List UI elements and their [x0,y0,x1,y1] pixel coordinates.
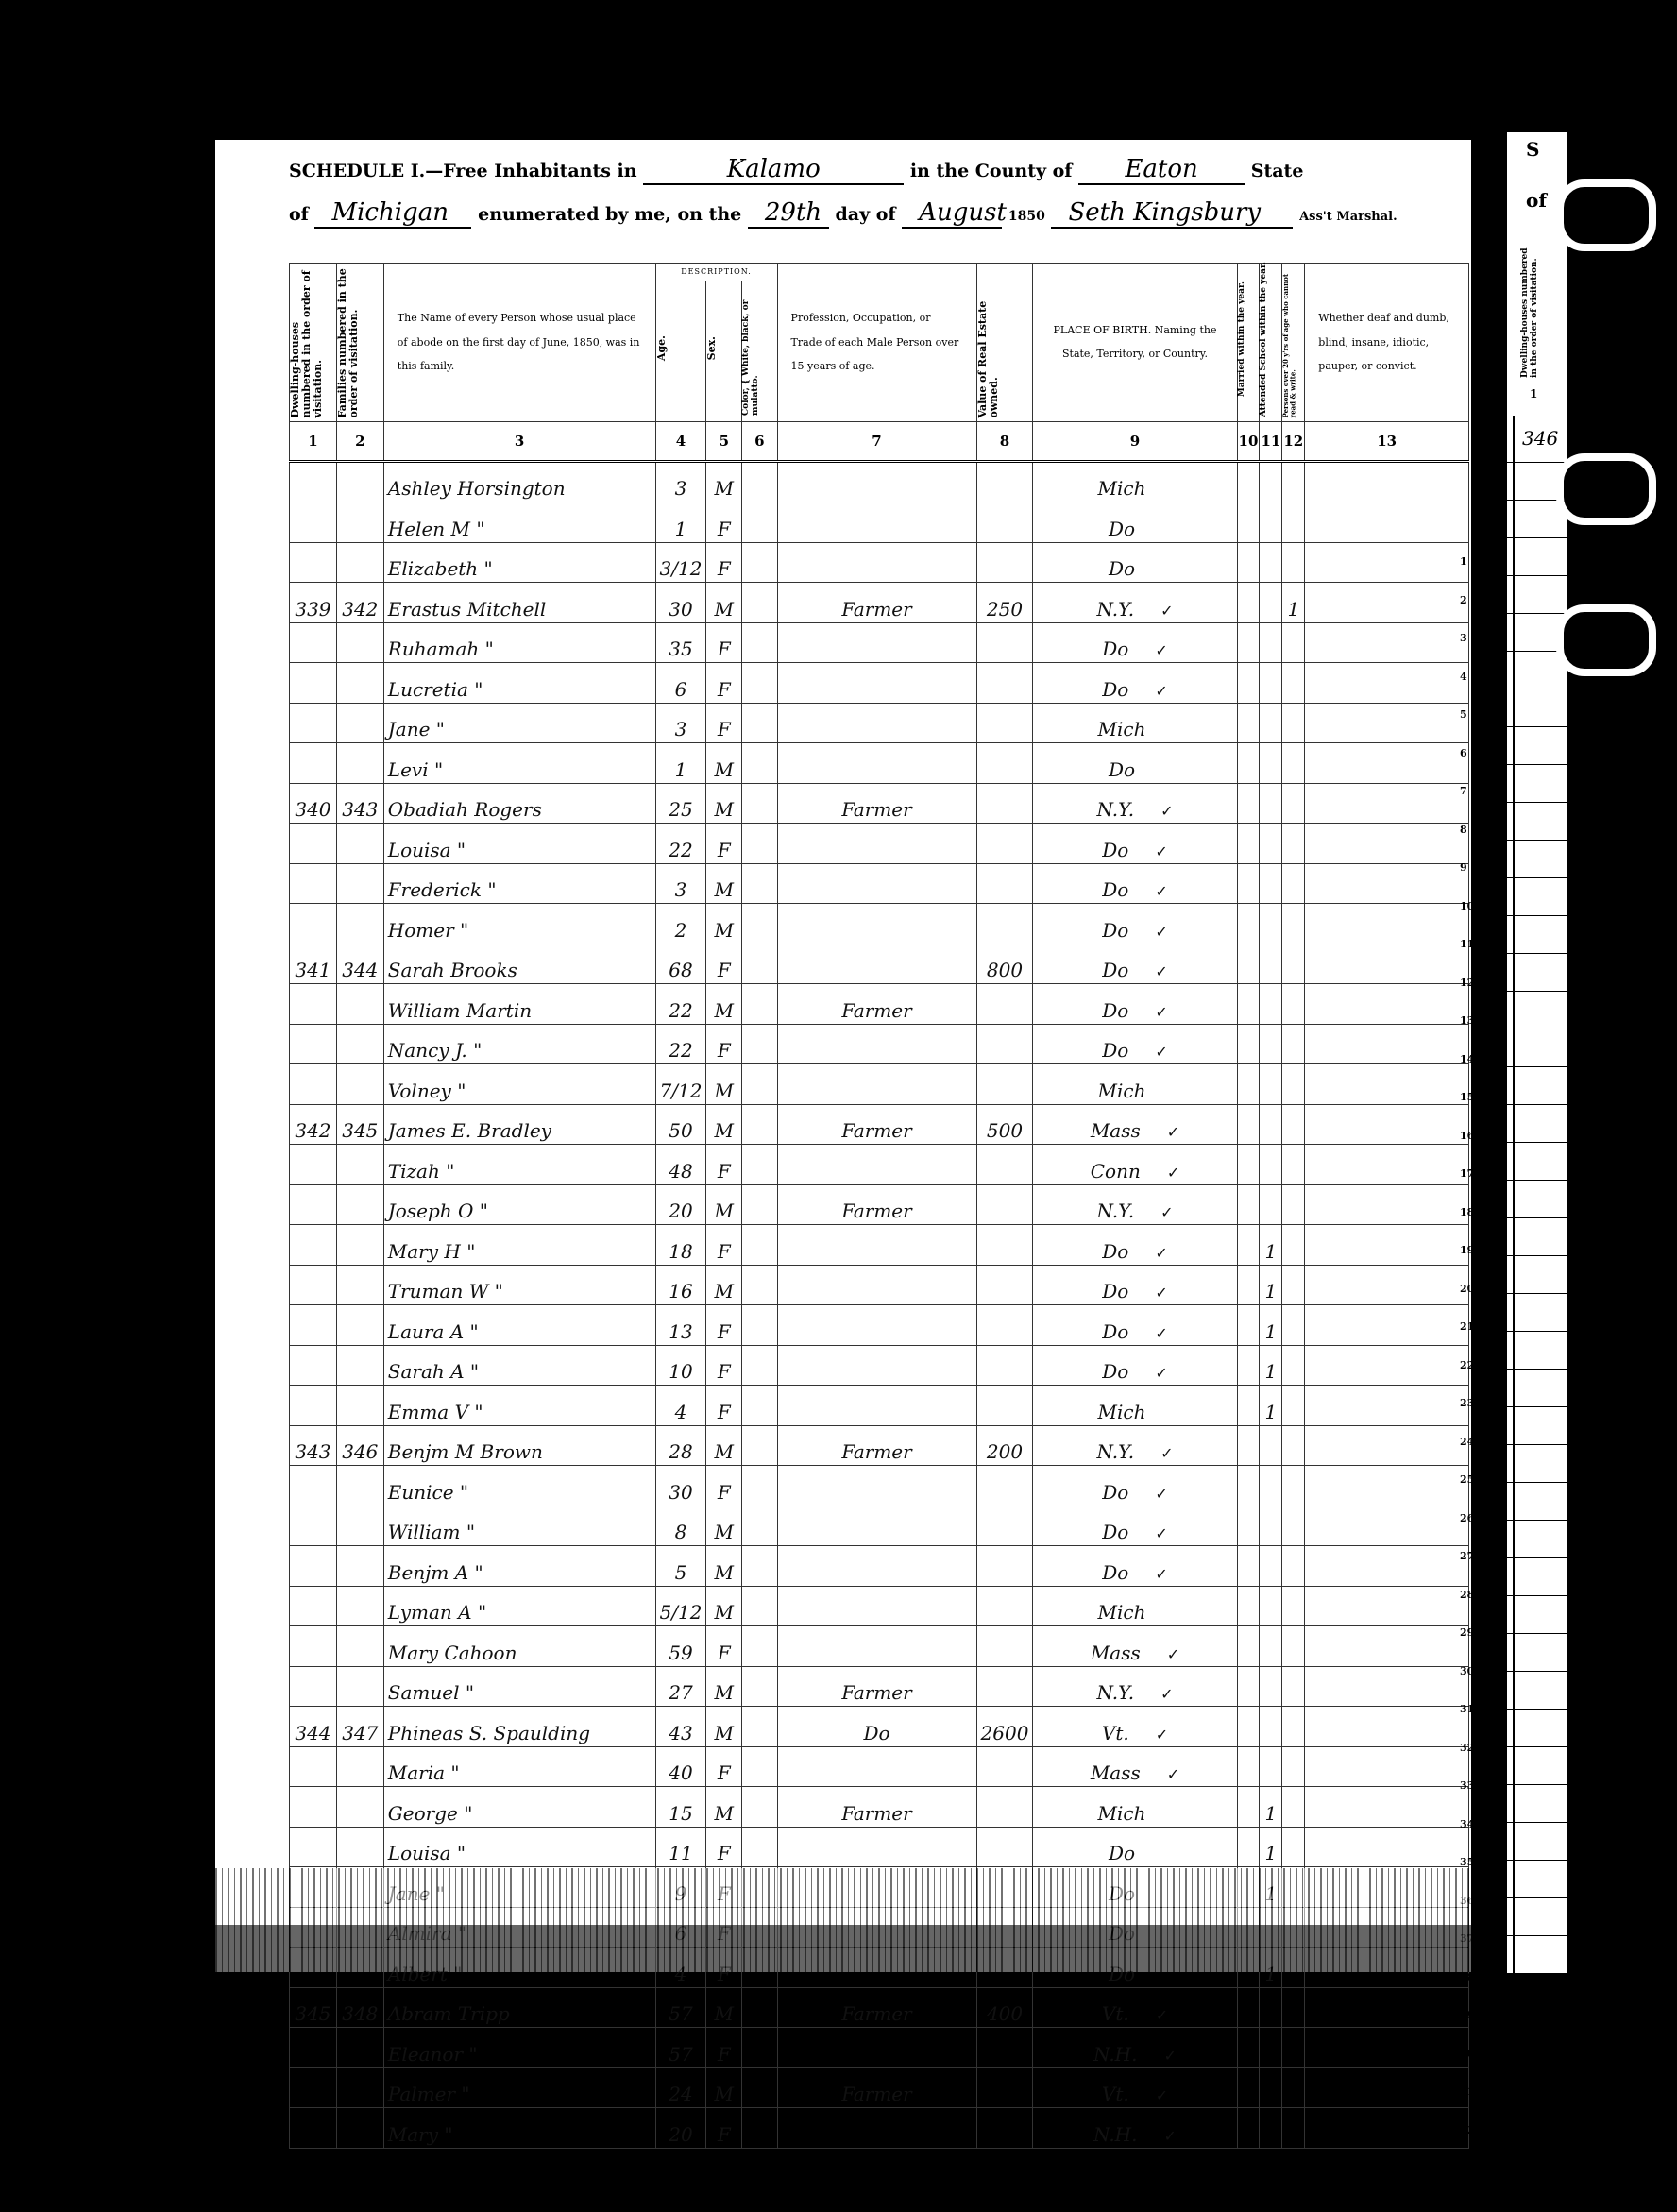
marshal-name-field: Seth Kingsbury [1051,198,1293,229]
tally-check-mark: ✓ [1167,1645,1179,1663]
attended-school-cell [1260,1987,1282,2028]
condition-cell [1305,663,1469,704]
dwelling-number-cell: 343 [290,1425,337,1466]
of-label: of [289,204,309,225]
person-name-cell: Louisa " [383,1827,655,1867]
table-row: Sarah A "10FDo✓1 [290,1345,1469,1386]
age-cell: 1 [655,743,706,784]
attended-school-cell [1260,904,1282,944]
line-number: 26 [193,1512,207,1524]
married-within-year-cell [1237,663,1260,704]
condition-cell [1305,502,1469,543]
attended-school-cell [1260,984,1282,1025]
table-row: Jane "3FMich [290,703,1469,743]
real-estate-value-cell [976,1546,1033,1587]
occupation-cell [777,703,976,743]
dwelling-number-cell [290,984,337,1025]
dwelling-number-cell [290,1546,337,1587]
marshal-title: Ass't Marshal. [1299,210,1397,224]
birthplace-cell: Do✓ [1033,824,1237,864]
attended-school-cell [1260,461,1282,502]
family-number-cell [336,1386,383,1426]
condition-cell [1305,944,1469,984]
person-name-cell: Joseph O " [383,1184,655,1225]
dwelling-number-cell: 342 [290,1104,337,1145]
birthplace-text: Mich [1098,477,1146,500]
condition-cell [1305,1425,1469,1466]
line-number: 2 [193,594,200,606]
real-estate-value-cell [976,1225,1033,1266]
condition-cell [1305,863,1469,904]
married-within-year-cell [1237,783,1260,824]
real-estate-value-cell: 200 [976,1425,1033,1466]
attended-school-cell: 1 [1260,1827,1282,1867]
table-row: Mary "20FN.H.✓ [290,2108,1469,2149]
married-within-year-cell [1237,1305,1260,1346]
sex-cell: M [706,461,742,502]
color-cell [742,904,777,944]
color-cell [742,583,777,623]
married-within-year-cell [1237,703,1260,743]
cannot-read-write-cell [1282,1305,1305,1346]
col-header-4: Age. [655,281,706,422]
sex-cell: M [706,1586,742,1626]
line-number: 3 [1460,632,1467,644]
color-cell [742,461,777,502]
cannot-read-write-cell [1282,1466,1305,1506]
tally-check-mark: ✓ [1167,1164,1179,1182]
table-row: 343346Benjm M Brown28MFarmer200N.Y.✓ [290,1425,1469,1466]
birthplace-text: Do [1109,1842,1135,1864]
facing-col-header: Dwelling-houses numbered in the order of… [1520,246,1539,378]
real-estate-value-cell [976,1386,1033,1426]
attended-school-cell [1260,1064,1282,1105]
color-cell [742,1787,777,1828]
real-estate-value-cell [976,461,1033,502]
married-within-year-cell [1237,1626,1260,1667]
cannot-read-write-cell [1282,703,1305,743]
birthplace-text: Do [1102,1240,1128,1263]
binding-tab [1556,453,1656,525]
header-line-1: SCHEDULE I.—Free Inhabitants in Kalamo i… [289,155,1303,185]
occupation-cell: Farmer [777,1987,976,2028]
birthplace-cell: N.Y.✓ [1033,1425,1237,1466]
line-number: 8 [1460,824,1467,836]
tally-check-mark: ✓ [1160,802,1173,820]
sex-cell: F [706,502,742,543]
real-estate-value-cell [976,622,1033,663]
table-row: Emma V "4FMich1 [290,1386,1469,1426]
real-estate-value-cell [976,663,1033,704]
married-within-year-cell [1237,622,1260,663]
line-number: 36 [193,1895,207,1907]
family-number-cell [336,2028,383,2068]
table-row: Laura A "13FDo✓1 [290,1305,1469,1346]
cannot-read-write-cell [1282,1987,1305,2028]
cannot-read-write-cell [1282,1024,1305,1064]
family-number-cell [336,2067,383,2108]
condition-cell [1305,1586,1469,1626]
occupation-cell [777,1305,976,1346]
tally-check-mark: ✓ [1160,1685,1173,1703]
cannot-read-write-cell [1282,1425,1305,1466]
real-estate-value-cell: 250 [976,583,1033,623]
line-number: 8 [193,824,200,836]
person-name-cell: Lyman A " [383,1586,655,1626]
real-estate-value-cell [976,1345,1033,1386]
line-number: 7 [1460,785,1467,797]
sex-cell: M [706,863,742,904]
real-estate-value-cell [976,1746,1033,1787]
condition-cell [1305,622,1469,663]
attended-school-cell [1260,1626,1282,1667]
sex-cell: F [706,944,742,984]
real-estate-value-cell [976,863,1033,904]
table-row: Eunice "30FDo✓ [290,1466,1469,1506]
township-field: Kalamo [643,155,904,185]
real-estate-value-cell [976,1064,1033,1105]
birthplace-cell: Mich [1033,703,1237,743]
real-estate-value-cell: 800 [976,944,1033,984]
cannot-read-write-cell [1282,1506,1305,1546]
color-cell [742,1827,777,1867]
line-number: 32 [193,1742,207,1754]
age-cell: 20 [655,1184,706,1225]
birthplace-cell: N.H.✓ [1033,2028,1237,2068]
married-within-year-cell [1237,1345,1260,1386]
table-row: William Martin22MFarmerDo✓ [290,984,1469,1025]
age-cell: 16 [655,1265,706,1305]
line-number: 5 [193,708,200,721]
family-number-cell [336,1626,383,1667]
line-number: 10 [1460,900,1474,912]
family-number-cell [336,1064,383,1105]
attended-school-cell [1260,583,1282,623]
line-number: 39 [193,2009,207,2021]
married-within-year-cell [1237,1707,1260,1747]
sex-cell: F [706,1466,742,1506]
person-name-cell: Mary " [383,2108,655,2149]
facing-header: S [1526,138,1539,161]
age-cell: 59 [655,1626,706,1667]
age-cell: 40 [655,1746,706,1787]
sex-cell: M [706,1184,742,1225]
dwelling-number-cell [290,743,337,784]
tally-check-mark: ✓ [1155,641,1167,659]
attended-school-cell [1260,1104,1282,1145]
occupation-cell [777,1386,976,1426]
birthplace-cell: Do✓ [1033,984,1237,1025]
age-cell: 3/12 [655,542,706,583]
attended-school-cell [1260,1506,1282,1546]
real-estate-value-cell [976,1024,1033,1064]
table-row: Lucretia "6FDo✓ [290,663,1469,704]
age-cell: 22 [655,1024,706,1064]
line-number: 21 [193,1320,207,1333]
married-within-year-cell [1237,2067,1260,2108]
census-page: SCHEDULE I.—Free Inhabitants in Kalamo i… [215,140,1471,1972]
age-cell: 1 [655,502,706,543]
state-label: State [1251,161,1304,181]
family-number-cell [336,824,383,864]
condition-cell [1305,824,1469,864]
married-within-year-cell [1237,1787,1260,1828]
condition-cell [1305,1225,1469,1266]
real-estate-value-cell [976,1466,1033,1506]
col-header-7: Profession, Occupation, or Trade of each… [777,264,976,422]
tally-check-mark: ✓ [1156,2086,1168,2104]
age-cell: 30 [655,1466,706,1506]
birthplace-text: N.Y. [1097,598,1135,621]
family-number-cell [336,622,383,663]
facing-vline [1513,416,1515,1974]
table-row: Levi "1MDo [290,743,1469,784]
color-cell [742,1506,777,1546]
birthplace-text: Mich [1098,1401,1146,1423]
tally-check-mark: ✓ [1155,1284,1167,1302]
col-header-9: PLACE OF BIRTH. Naming the State, Territ… [1033,264,1237,422]
col-num: 13 [1305,421,1469,461]
cannot-read-write-cell [1282,1707,1305,1747]
color-cell [742,1626,777,1667]
dwelling-number-cell [290,1305,337,1346]
attended-school-cell [1260,1425,1282,1466]
cannot-read-write-cell [1282,1104,1305,1145]
occupation-cell [777,1586,976,1626]
table-row: Tizah "48FConn✓ [290,1145,1469,1185]
family-number-cell [336,703,383,743]
color-cell [742,1305,777,1346]
real-estate-value-cell [976,1787,1033,1828]
real-estate-value-cell: 400 [976,1987,1033,2028]
attended-school-cell [1260,703,1282,743]
occupation-cell [777,1466,976,1506]
line-number: 40 [193,2048,207,2060]
attended-school-cell [1260,2108,1282,2149]
birthplace-cell: Do [1033,743,1237,784]
census-table: Dwelling-houses numbered in the order of… [289,263,1469,2149]
line-number: 25 [193,1473,207,1486]
color-cell [742,1666,777,1707]
table-row: 339342Erastus Mitchell30MFarmer250N.Y.✓1 [290,583,1469,623]
occupation-cell: Farmer [777,583,976,623]
cannot-read-write-cell [1282,542,1305,583]
table-row: Nancy J. "22FDo✓ [290,1024,1469,1064]
condition-cell [1305,461,1469,502]
tally-check-mark: ✓ [1155,882,1167,900]
schedule-title: SCHEDULE I.—Free Inhabitants in [289,161,637,181]
person-name-cell: Tizah " [383,1145,655,1185]
birthplace-text: Mich [1098,1080,1146,1102]
dwelling-number-cell [290,863,337,904]
table-row: Volney "7/12MMich [290,1064,1469,1105]
cannot-read-write-cell [1282,2028,1305,2068]
married-within-year-cell [1237,1987,1260,2028]
occupation-cell [777,542,976,583]
married-within-year-cell [1237,1666,1260,1707]
facing-page: S of Dwelling-houses numbered in the ord… [1507,132,1567,1974]
attended-school-cell [1260,783,1282,824]
line-number: 23 [193,1397,207,1409]
table-row: Lyman A "5/12MMich [290,1586,1469,1626]
condition-cell [1305,1827,1469,1867]
tally-check-mark: ✓ [1160,602,1173,620]
occupation-cell [777,1145,976,1185]
line-number: 41 [1460,2085,1474,2098]
tally-check-mark: ✓ [1155,1043,1167,1061]
color-cell [742,1586,777,1626]
sex-cell: M [706,1265,742,1305]
family-number-cell [336,663,383,704]
attended-school-cell [1260,1184,1282,1225]
real-estate-value-cell: 500 [976,1104,1033,1145]
line-number: 31 [1460,1703,1474,1715]
attended-school-cell [1260,622,1282,663]
line-number: 32 [1460,1742,1474,1754]
condition-cell [1305,1305,1469,1346]
birthplace-text: Vt. [1102,2083,1129,2105]
col-num: 10 [1237,421,1260,461]
sex-cell: M [706,1666,742,1707]
birthplace-cell: Do [1033,542,1237,583]
dwelling-number-cell [290,502,337,543]
line-number: 2 [1460,594,1467,606]
color-cell [742,2028,777,2068]
cannot-read-write-cell [1282,904,1305,944]
line-number: 29 [1460,1626,1474,1639]
married-within-year-cell [1237,502,1260,543]
age-cell: 30 [655,583,706,623]
cannot-read-write-cell [1282,502,1305,543]
condition-cell [1305,743,1469,784]
condition-cell [1305,1987,1469,2028]
real-estate-value-cell [976,502,1033,543]
family-number-cell [336,1225,383,1266]
col-num: 6 [742,421,777,461]
real-estate-value-cell [976,904,1033,944]
dwelling-number-cell [290,904,337,944]
birthplace-text: Do [1102,1280,1128,1302]
occupation-cell: Farmer [777,984,976,1025]
age-cell: 10 [655,1345,706,1386]
birthplace-cell: N.Y.✓ [1033,783,1237,824]
person-name-cell: Eunice " [383,1466,655,1506]
tally-check-mark: ✓ [1167,1765,1179,1783]
occupation-cell [777,1225,976,1266]
family-number-cell: 343 [336,783,383,824]
birthplace-text: Conn [1091,1160,1141,1183]
occupation-cell [777,1265,976,1305]
condition-cell [1305,1787,1469,1828]
married-within-year-cell [1237,1064,1260,1105]
dwelling-number-cell [290,1265,337,1305]
family-number-cell: 345 [336,1104,383,1145]
line-number: 7 [193,785,200,797]
person-name-cell: Ashley Horsington [383,461,655,502]
sex-cell: M [706,583,742,623]
line-number: 3 [193,632,200,644]
birthplace-cell: Do✓ [1033,1466,1237,1506]
line-number: 18 [1460,1206,1474,1218]
dwelling-number-cell: 341 [290,944,337,984]
age-cell: 28 [655,1425,706,1466]
cannot-read-write-cell [1282,1145,1305,1185]
line-number: 31 [193,1703,207,1715]
sex-cell: F [706,2108,742,2149]
family-number-cell [336,1746,383,1787]
line-number: 30 [1460,1665,1474,1677]
age-cell: 22 [655,984,706,1025]
line-number: 4 [1460,671,1467,683]
birthplace-text: N.Y. [1097,1440,1135,1463]
birthplace-text: N.H. [1093,2123,1137,2146]
birthplace-text: Do [1102,1039,1128,1062]
birthplace-text: Do [1102,919,1128,942]
cannot-read-write-cell [1282,1827,1305,1867]
line-number: 34 [193,1818,207,1830]
col-header-8: Value of Real Estate owned. [976,264,1033,422]
table-row: Mary H "18FDo✓1 [290,1225,1469,1266]
dwelling-number-cell [290,1586,337,1626]
tally-check-mark: ✓ [1155,1003,1167,1021]
family-number-cell [336,1145,383,1185]
sex-cell: F [706,542,742,583]
sex-cell: F [706,622,742,663]
dwelling-number-cell [290,663,337,704]
damaged-edge-dark [215,1925,1471,1972]
person-name-cell: Palmer " [383,2067,655,2108]
line-number: 14 [1460,1053,1474,1065]
tally-check-mark: ✓ [1156,2006,1168,2024]
color-cell [742,2067,777,2108]
line-number: 11 [1460,938,1474,950]
attended-school-cell: 1 [1260,1345,1282,1386]
age-cell: 25 [655,783,706,824]
table-row: Ashley Horsington3MMich [290,461,1469,502]
birthplace-text: Do [1102,959,1128,981]
person-name-cell: Volney " [383,1064,655,1105]
line-number: 12 [193,977,207,989]
tally-check-mark: ✓ [1155,962,1167,980]
color-cell [742,2108,777,2149]
sex-cell: M [706,904,742,944]
attended-school-cell [1260,944,1282,984]
dwelling-number-cell [290,542,337,583]
married-within-year-cell [1237,1225,1260,1266]
month-field: August [902,198,1002,229]
occupation-cell [777,944,976,984]
sex-cell: M [706,2067,742,2108]
birthplace-cell: Do✓ [1033,904,1237,944]
person-name-cell: Nancy J. " [383,1024,655,1064]
dwelling-number-cell [290,1466,337,1506]
col-header-13: Whether deaf and dumb, blind, insane, id… [1305,264,1469,422]
attended-school-cell: 1 [1260,1386,1282,1426]
occupation-cell: Farmer [777,2067,976,2108]
married-within-year-cell [1237,542,1260,583]
married-within-year-cell [1237,1145,1260,1185]
family-number-cell [336,1024,383,1064]
occupation-cell: Farmer [777,1425,976,1466]
person-name-cell: Levi " [383,743,655,784]
condition-cell [1305,1666,1469,1707]
real-estate-value-cell [976,1265,1033,1305]
line-number: 6 [1460,747,1467,759]
person-name-cell: Mary Cahoon [383,1626,655,1667]
married-within-year-cell [1237,1425,1260,1466]
person-name-cell: Obadiah Rogers [383,783,655,824]
table-row: Joseph O "20MFarmerN.Y.✓ [290,1184,1469,1225]
